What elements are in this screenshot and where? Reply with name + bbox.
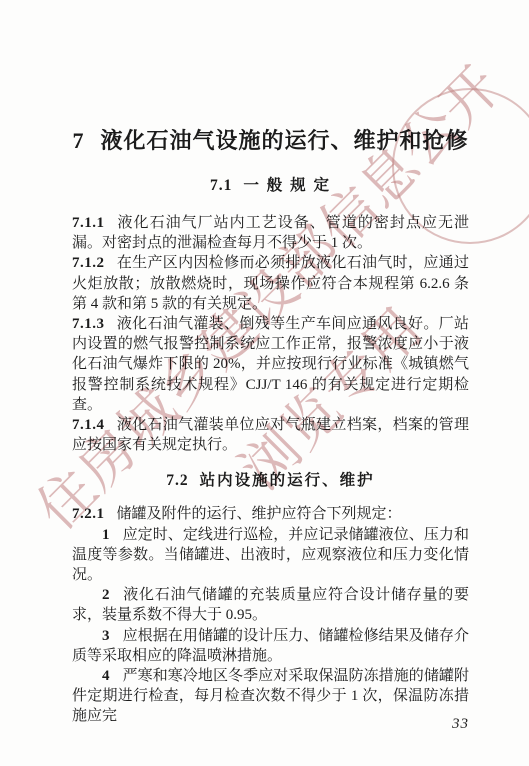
item-number: 1 bbox=[102, 527, 110, 543]
chapter-title: 7液化石油气设施的运行、维护和抢修 bbox=[72, 126, 469, 156]
section-heading-7-2: 7.2站内设施的运行、维护 bbox=[72, 470, 469, 491]
section-heading-7-1: 7.1一 般 规 定 bbox=[72, 175, 469, 196]
item-text: 应定时、定线进行巡检，并应记录储罐液位、压力和温度等参数。当储罐进、出液时，应观… bbox=[72, 527, 469, 583]
clause-7-1-1: 7.1.1液化石油气厂站内工艺设备、管道的密封点应无泄漏。对密封点的泄漏检查每月… bbox=[72, 213, 469, 253]
item-text: 严寒和寒冷地区冬季应对采取保温防冻措施的储罐附件定期进行检查，每月检查次数不得少… bbox=[72, 668, 469, 724]
section-title-text: 一 般 规 定 bbox=[243, 177, 331, 194]
section-title-text: 站内设施的运行、维护 bbox=[200, 472, 375, 489]
clause-text: 在生产区内因检修而必须排放液化石油气时，应通过火炬放散；放散燃烧时，现场操作应符… bbox=[72, 255, 469, 311]
page-content: 7液化石油气设施的运行、维护和抢修 7.1一 般 规 定 7.1.1液化石油气厂… bbox=[72, 126, 469, 727]
clause-text: 液化石油气灌装单位应对气瓶建立档案，档案的管理应按国家有关规定执行。 bbox=[72, 417, 469, 453]
sub-item-4: 4严寒和寒冷地区冬季应对采取保温防冻措施的储罐附件定期进行检查，每月检查次数不得… bbox=[72, 666, 469, 727]
sub-item-1: 1应定时、定线进行巡检，并应记录储罐液位、压力和温度等参数。当储罐进、出液时，应… bbox=[72, 525, 469, 586]
clause-text: 液化石油气灌装、倒残等生产车间应通风良好。厂站内设置的燃气报警控制系统应工作正常… bbox=[72, 316, 469, 413]
item-number: 4 bbox=[102, 668, 110, 684]
item-text: 应根据在用储罐的设计压力、储罐检修结果及储存介质等采取相应的降温喷淋措施。 bbox=[72, 628, 469, 664]
clause-text: 液化石油气厂站内工艺设备、管道的密封点应无泄漏。对密封点的泄漏检查每月不得少于 … bbox=[72, 215, 469, 251]
clause-7-1-4: 7.1.4液化石油气灌装单位应对气瓶建立档案，档案的管理应按国家有关规定执行。 bbox=[72, 415, 469, 455]
clause-text: 储罐及附件的运行、维护应符合下列规定： bbox=[117, 506, 402, 522]
chapter-number: 7 bbox=[72, 128, 84, 153]
clause-7-1-2: 7.1.2在生产区内因检修而必须排放液化石油气时，应通过火炬放散；放散燃烧时，现… bbox=[72, 253, 469, 314]
page-number: 33 bbox=[452, 716, 469, 733]
clause-number: 7.1.3 bbox=[72, 316, 105, 332]
item-number: 3 bbox=[102, 628, 110, 644]
document-page: 7液化石油气设施的运行、维护和抢修 7.1一 般 规 定 7.1.1液化石油气厂… bbox=[0, 0, 529, 766]
clause-number: 7.1.2 bbox=[72, 255, 105, 271]
clause-number: 7.1.1 bbox=[72, 215, 105, 231]
sub-item-2: 2液化石油气储罐的充装质量应符合设计储存量的要求，装量系数不得大于 0.95。 bbox=[72, 585, 469, 625]
chapter-title-text: 液化石油气设施的运行、维护和抢修 bbox=[100, 128, 468, 153]
section-number: 7.2 bbox=[166, 472, 188, 489]
clause-7-1-3: 7.1.3液化石油气灌装、倒残等生产车间应通风良好。厂站内设置的燃气报警控制系统… bbox=[72, 314, 469, 415]
sub-item-3: 3应根据在用储罐的设计压力、储罐检修结果及储存介质等采取相应的降温喷淋措施。 bbox=[72, 626, 469, 666]
section-number: 7.1 bbox=[210, 177, 232, 194]
clause-number: 7.1.4 bbox=[72, 417, 105, 433]
clause-7-2-1: 7.2.1储罐及附件的运行、维护应符合下列规定： bbox=[72, 504, 469, 524]
item-text: 液化石油气储罐的充装质量应符合设计储存量的要求，装量系数不得大于 0.95。 bbox=[72, 587, 469, 623]
clause-number: 7.2.1 bbox=[72, 506, 105, 522]
item-number: 2 bbox=[102, 587, 110, 603]
